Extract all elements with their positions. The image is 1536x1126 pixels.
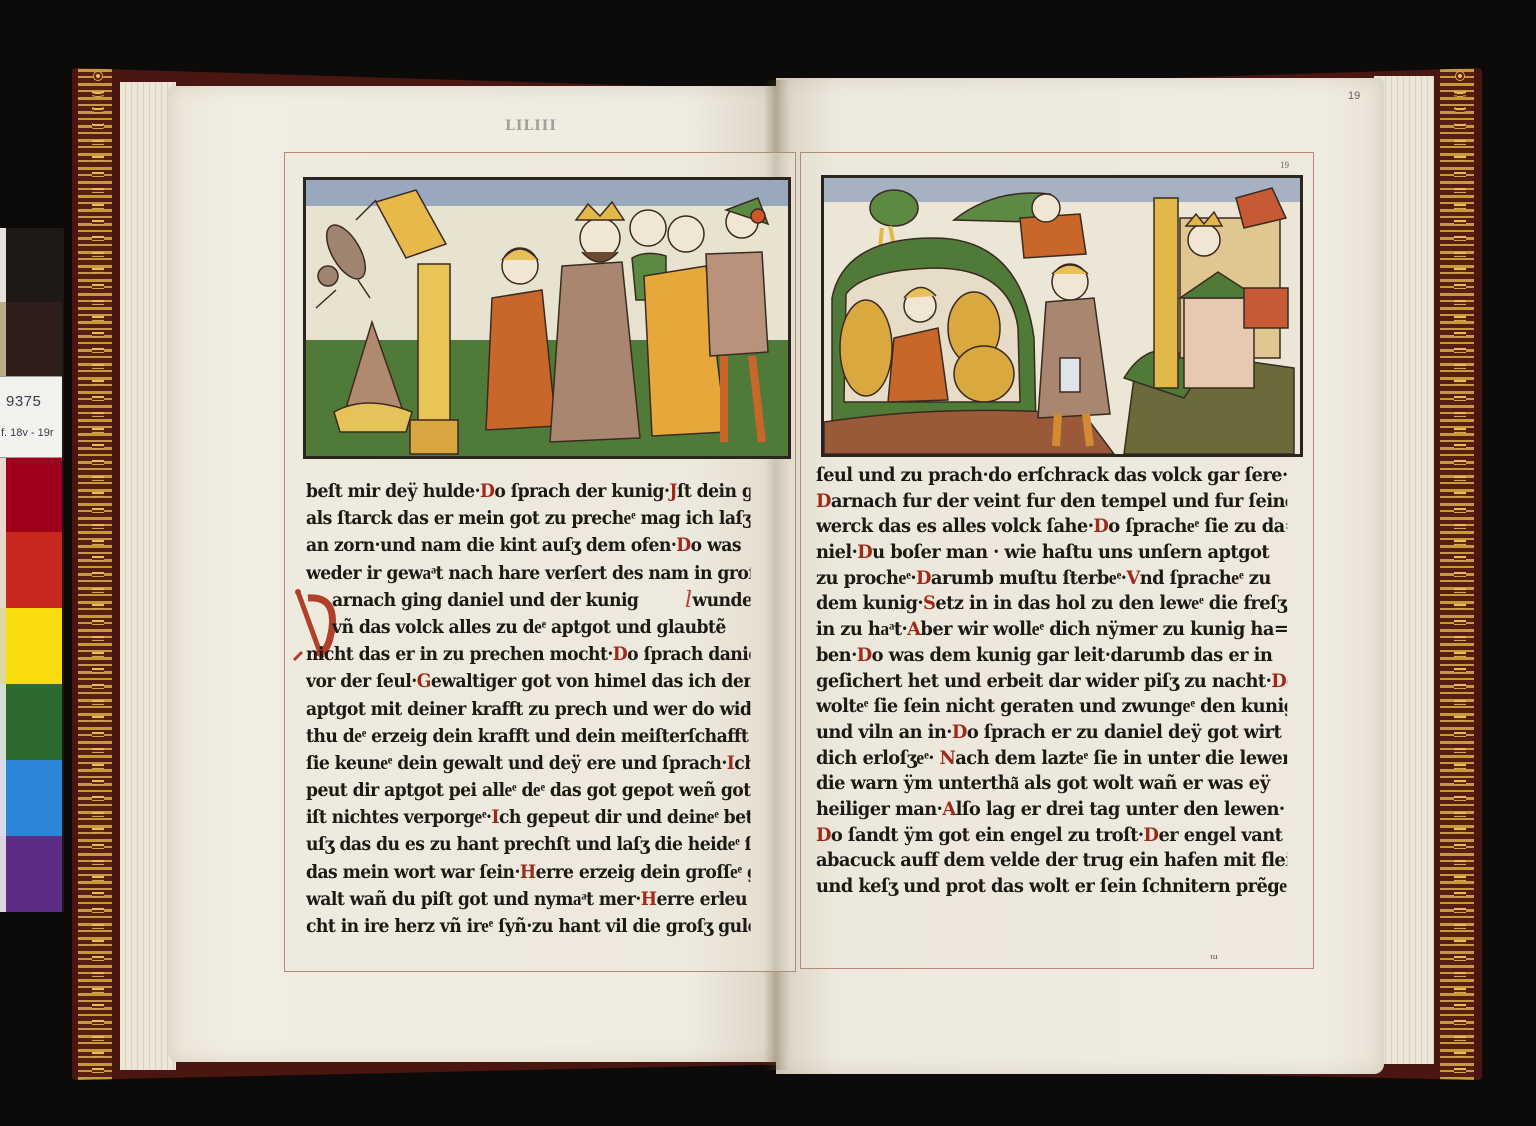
catchword-mark: ᵚ [1210,952,1217,967]
text-line: ſeul und zu prach·do erſchrack das volck… [816,463,1287,489]
text-line: ben·Do was dem kunig gar leit·darumb das… [816,643,1287,669]
printed-folio-number: 19 [1280,160,1289,170]
gilt-tooled-border-right [1440,68,1474,1080]
right-text-column: ſeul und zu prach·do erſchrack das volck… [816,463,1312,900]
text-line: und viln an in·Do ſprach er zu daniel de… [816,720,1287,746]
text-line: niel·Du boſer man · wie haſtu uns unſern… [816,540,1287,566]
text-line: das mein wort war ſein·Herre erzeig dein… [306,859,751,886]
text-line: dem kunig·Setz in in das hol zu den lewe… [816,591,1287,617]
text-line: weder ir gewaͣt nach hare verſert des na… [306,560,751,587]
text-line: wolteͤ ſie ſein nicht geraten und zwunge… [816,694,1287,720]
text-line: als ſtarck das er mein got zu precheͤ ma… [306,505,751,532]
shelfmark-number: 9375 [6,393,41,410]
shelfmark-label: 9375 f. 18v - 19r [0,376,62,458]
cal-patch-yellow [6,608,62,684]
text-line: nicht das er in zu prechen mocht·Do ſpra… [306,641,751,668]
text-line: geſichert het und erbeit dar wider piſʒ … [816,669,1287,695]
cal-patch-black [6,228,62,302]
cal-neutral-7 [0,760,6,836]
cal-neutral-8 [0,836,6,912]
cal-neutral-2 [0,302,6,376]
folio-range: f. 18v - 19r [1,427,54,439]
text-line: werck das es alles volck ſahe·Do ſprache… [816,514,1287,540]
text-line: in zu haͣt·Aber wir wolleͤ dich nӱmer zu… [816,617,1287,643]
woodcut-bel-idol [303,177,791,459]
text-line: ſie keuneͤ dein gewalt und deӱ ere und ſ… [306,750,751,777]
color-calibration-strip: 9375 f. 18v - 19r [0,228,64,912]
pencil-folio-number: 19 [1348,90,1360,102]
cal-patch-purple [6,836,62,912]
text-line: an zorn·und nam die kint auſʒ dem ofen·D… [306,532,751,559]
text-line: Darnach fur der veint fur den tempel und… [816,489,1287,515]
gilt-tooled-border-left [78,68,112,1080]
cal-patch-red [6,532,62,608]
cal-neutral-3 [0,458,6,532]
woodcut-illustration-image [824,178,1300,454]
text-line: zu procheͤ·Darumb muſtu ſterbeͤ·Vnd ſpra… [816,566,1287,592]
text-line: walt wañ du piſt got und nymaͣt mer·Herr… [306,886,751,913]
cal-patch-crimson [6,458,62,532]
text-line: iſt nichtes verporgeͤ·Ich gepeut dir und… [306,804,751,831]
text-line: heiliger man·Alſo lag er drei tag unter … [816,797,1287,823]
text-line: cht in ire herz vñ ireͤ ſyñ·zu hant vil … [306,913,751,940]
text-line: aptgot mit deiner krafft zu prech und we… [306,696,751,723]
cal-neutral-6 [0,684,6,760]
left-text-column: beſt mir deӱ hulde·Do ſprach der kunig·J… [306,478,784,940]
woodcut-illustration-image [306,180,788,456]
woodcut-lions-den [821,175,1303,457]
text-line: uſʒ das du es zu hant prechſt und laſʒ d… [306,831,751,858]
text-line: peut dir aptgot pei alleͤ deͤ das got ge… [306,777,751,804]
cal-neutral-4 [0,532,6,608]
text-line: dich erloſʒeͤ· Nach dem lazteͤ ſie in un… [816,746,1287,772]
text-line: thu deͤ erzeig dein krafft und dein meiſ… [306,723,751,750]
signature-mark: LILIII [505,118,557,134]
cal-patch-green [6,684,62,760]
cal-patch-dark-brown [6,302,62,376]
cal-neutral-5 [0,608,6,684]
text-line: und keſʒ und prot das wolt er ſein ſchni… [816,874,1287,900]
text-line: Do ſandt ӱm got ein engel zu troſt·Der e… [816,823,1287,849]
text-line: arnach ging daniel und der kunigwunder [306,587,751,614]
text-line: beſt mir deӱ hulde·Do ſprach der kunig·J… [306,478,751,505]
cal-patch-blue [6,760,62,836]
text-line: vor der ſeul·Gewaltiger got von himel da… [306,668,751,695]
cal-neutral-1 [0,228,6,302]
text-line: abacuck auff dem velde der trug ein hafe… [816,848,1287,874]
text-line: die warn ӱm untertha͂ als got wolt wañ e… [816,771,1287,797]
text-line: vñ das volck alles zu deͤ aptgot und gla… [306,614,751,641]
